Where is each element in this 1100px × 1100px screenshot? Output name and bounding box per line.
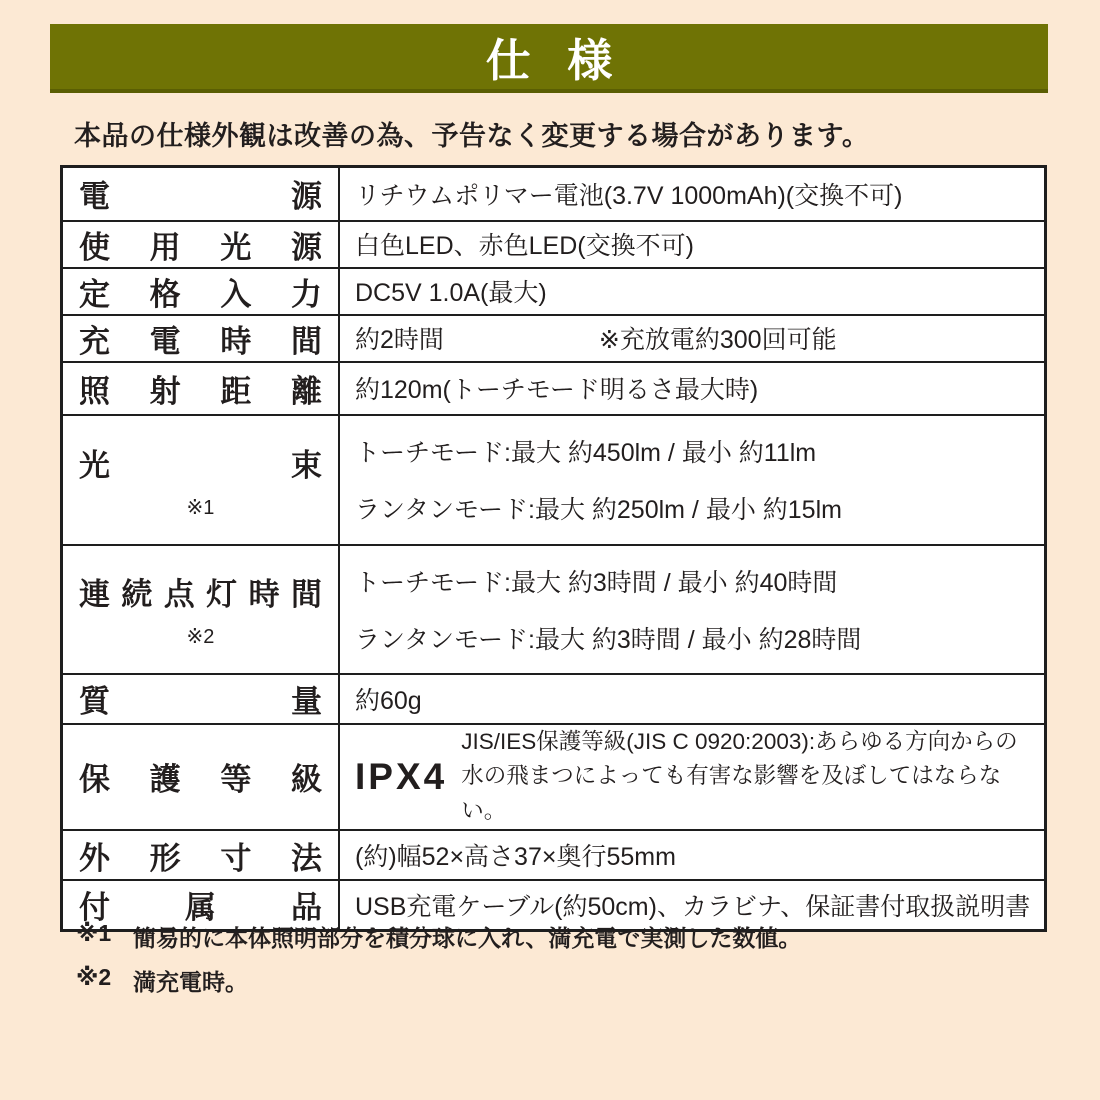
row-value-line: トーチモード:最大 約3時間 / 最小 約40時間 xyxy=(355,563,1034,599)
row-value-line: ランタンモード:最大 約250lm / 最小 約15lm xyxy=(355,490,1034,526)
footnotes: ※1 簡易的に本体照明部分を積分球に入れ、満充電で実測した数値。 ※2 満充電時… xyxy=(76,920,801,1008)
protection-line: 水の飛まつによっても有害な影響を及ぼしてはならない。 xyxy=(461,759,1034,829)
table-row-dimensions: 外形寸法 (約)幅52×高さ37×奥行55mm xyxy=(62,830,1046,880)
footnote-marker: ※1 xyxy=(79,495,322,520)
row-label: 質量 xyxy=(79,676,322,721)
row-label: 使用光源 xyxy=(79,222,322,267)
row-value-line: トーチモード:最大 約450lm / 最小 約11lm xyxy=(355,433,1034,469)
footnote-2: ※2 満充電時。 xyxy=(76,964,801,997)
ipx-rating: IPX4 xyxy=(355,756,447,798)
table-row-beam-distance: 照射距離 約120m(トーチモード明るさ最大時) xyxy=(62,362,1046,415)
row-label: 保護等級 xyxy=(79,754,322,799)
row-value: 約2時間 xyxy=(355,326,444,354)
row-value: (約)幅52×高さ37×奥行55mm xyxy=(355,843,676,871)
table-row-rated-input: 定格入力 DC5V 1.0A(最大) xyxy=(62,268,1046,315)
row-note: ※充放電約300回可能 xyxy=(599,326,837,354)
table-row-light-source: 使用光源 白色LED、赤色LED(交換不可) xyxy=(62,221,1046,268)
footnote-marker: ※2 xyxy=(76,964,133,997)
protection-value: IPX4 JIS/IES保護等級(JIS C 0920:2003):あらゆる方向… xyxy=(355,725,1034,830)
footnote-1: ※1 簡易的に本体照明部分を積分球に入れ、満充電で実測した数値。 xyxy=(76,920,801,953)
table-row-runtime: 連続点灯時間 ※2 トーチモード:最大 約3時間 / 最小 約40時間 ランタン… xyxy=(62,545,1046,674)
row-label: 充電時間 xyxy=(79,316,322,361)
footnote-text: 満充電時。 xyxy=(133,964,248,997)
spec-sheet-page: 仕 様 本品の仕様外観は改善の為、予告なく変更する場合があります。 電源 リチウ… xyxy=(0,0,1100,1100)
table-row-power: 電源 リチウムポリマー電池(3.7V 1000mAh)(交換不可) xyxy=(62,167,1046,221)
row-value: USB充電ケーブル(約50cm)、カラビナ、保証書付取扱説明書 xyxy=(355,893,1030,921)
protection-line: JIS/IES保護等級(JIS C 0920:2003):あらゆる方向からの xyxy=(461,725,1034,760)
protection-description: JIS/IES保護等級(JIS C 0920:2003):あらゆる方向からの 水… xyxy=(461,725,1034,830)
row-value: 約60g xyxy=(355,687,422,715)
page-title: 仕 様 xyxy=(474,24,625,89)
row-label: 光束 xyxy=(79,440,322,485)
row-label: 照射距離 xyxy=(79,366,322,411)
row-value: リチウムポリマー電池(3.7V 1000mAh)(交換不可) xyxy=(355,182,902,210)
row-label: 定格入力 xyxy=(79,269,322,314)
row-value: DC5V 1.0A(最大) xyxy=(355,279,547,307)
notice-text: 本品の仕様外観は改善の為、予告なく変更する場合があります。 xyxy=(74,114,869,153)
spec-table: 電源 リチウムポリマー電池(3.7V 1000mAh)(交換不可) 使用光源 白… xyxy=(60,165,1047,932)
footnote-marker: ※1 xyxy=(76,920,133,953)
row-value: 白色LED、赤色LED(交換不可) xyxy=(355,232,694,260)
table-row-luminous-flux: 光束 ※1 トーチモード:最大 約450lm / 最小 約11lm ランタンモー… xyxy=(62,415,1046,545)
footnote-text: 簡易的に本体照明部分を積分球に入れ、満充電で実測した数値。 xyxy=(133,920,801,953)
row-label: 連続点灯時間 xyxy=(79,569,322,614)
table-row-weight: 質量 約60g xyxy=(62,674,1046,724)
footnote-marker: ※2 xyxy=(79,624,322,649)
row-label: 電源 xyxy=(79,171,322,216)
table-row-protection-class: 保護等級 IPX4 JIS/IES保護等級(JIS C 0920:2003):あ… xyxy=(62,724,1046,831)
title-bar: 仕 様 xyxy=(50,24,1048,93)
table-row-charge-time: 充電時間 約2時間※充放電約300回可能 xyxy=(62,315,1046,362)
row-label: 外形寸法 xyxy=(79,833,322,878)
row-value: 約120m(トーチモード明るさ最大時) xyxy=(355,376,758,404)
row-value-line: ランタンモード:最大 約3時間 / 最小 約28時間 xyxy=(355,620,1034,656)
